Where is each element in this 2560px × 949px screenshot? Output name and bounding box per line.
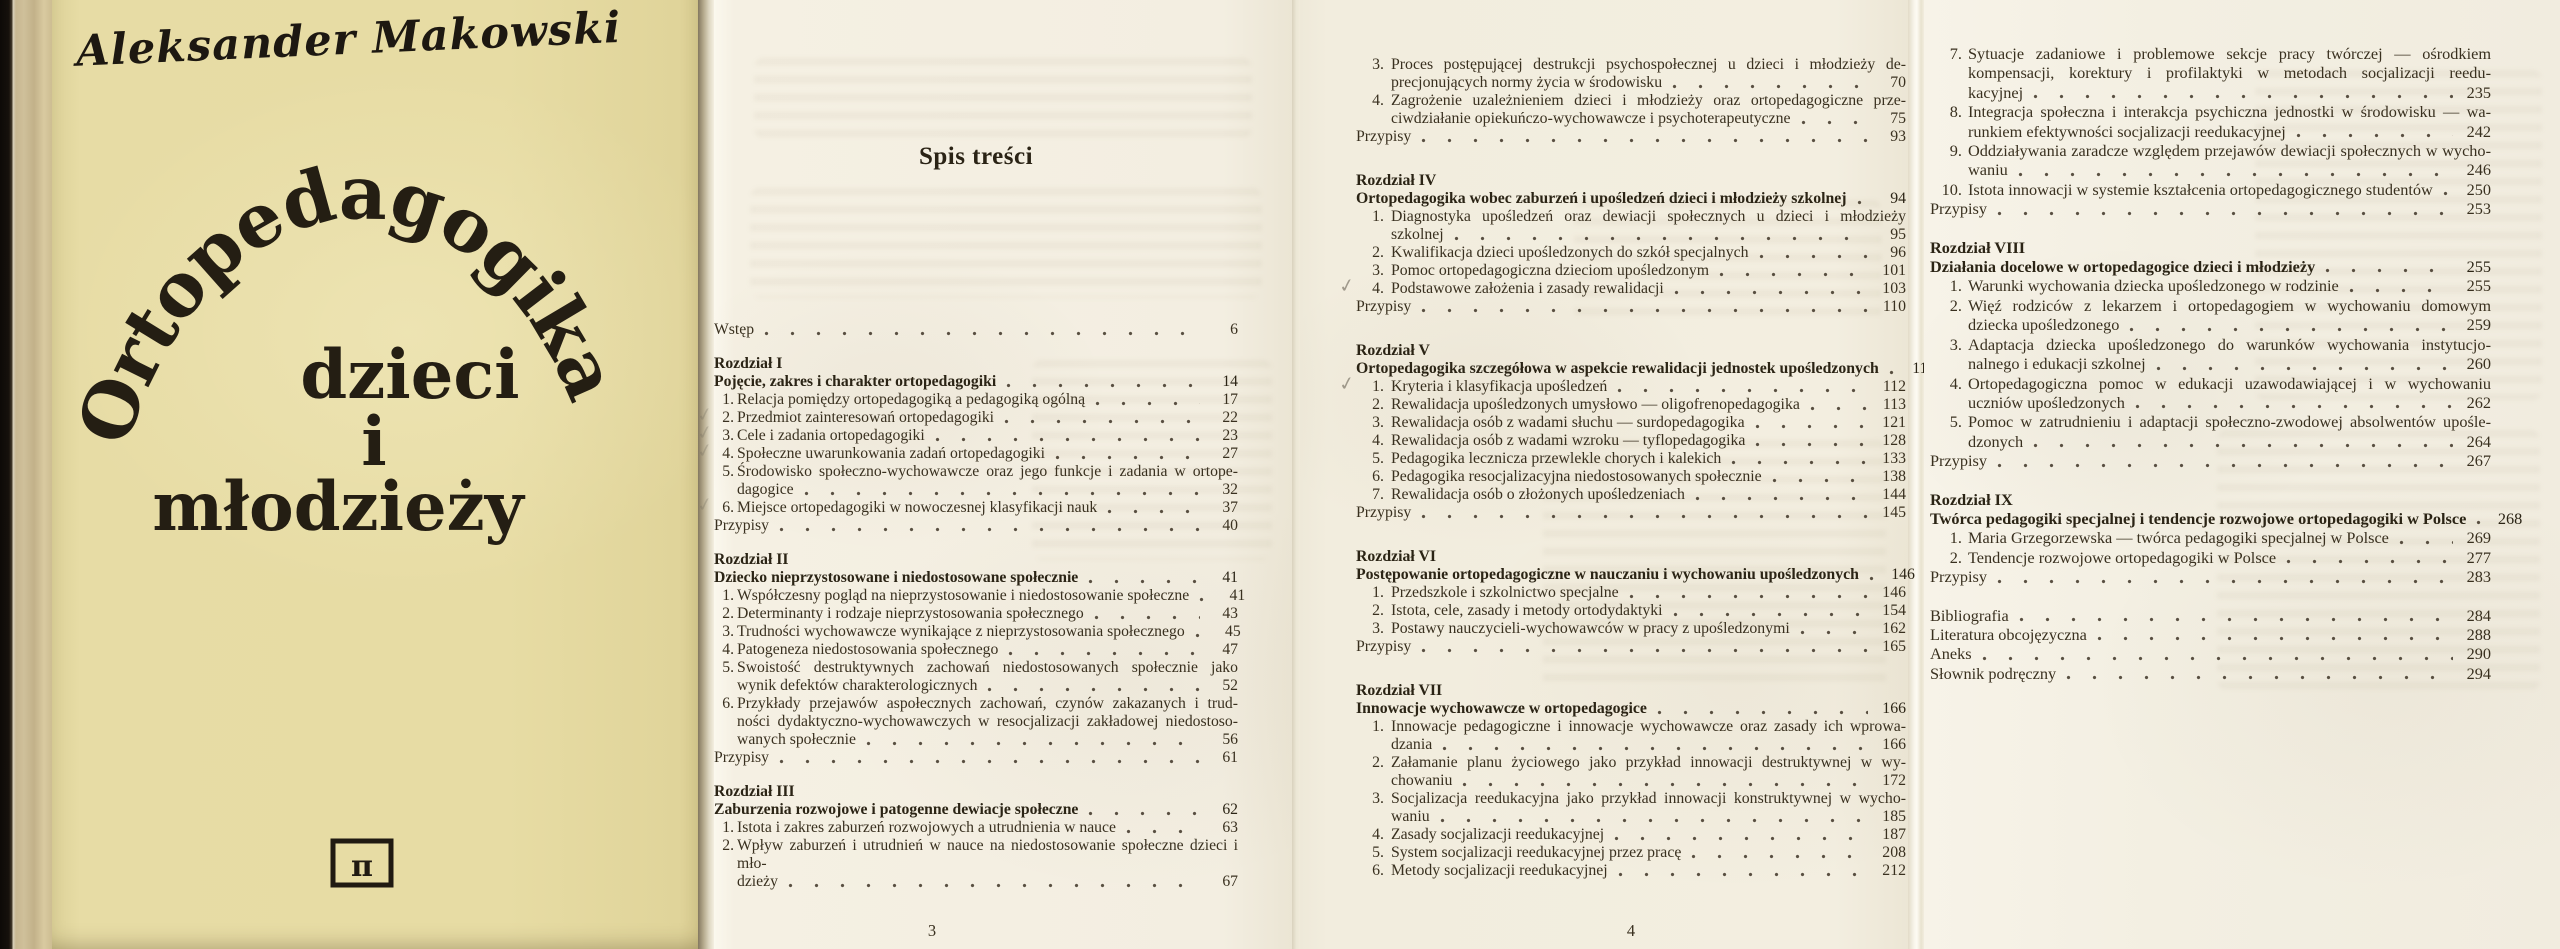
dot-leader [1126, 829, 1200, 834]
toc-line: Słownik podręczny [1930, 664, 2056, 683]
item-number: 6. [716, 695, 734, 713]
toc-line: Przypisy [1930, 199, 1987, 218]
toc-line: Wpływ zaburzeń i utrudnień w nauce na ni… [737, 837, 1238, 873]
chapter-label-text: Rozdział IV [1356, 172, 1906, 190]
toc-entry: 1.Współczesny pogląd na nieprzystosowani… [714, 587, 1238, 605]
toc-entry: Przypisy145 [1356, 504, 1906, 522]
toc-entry: 3.Trudności wychowawcze wynikające z nie… [714, 623, 1238, 641]
toc-entry: 5.Pomoc w zatrudnieniu i adaptacji społe… [1930, 412, 2491, 451]
dot-leader [779, 527, 1200, 532]
dot-leader [1755, 442, 1868, 447]
toc-page-ref: 94 [1876, 190, 1906, 208]
toc-line: Przypisy [1356, 504, 1411, 522]
item-number: 5. [1938, 412, 1962, 431]
toc-line: Maria Grzegorzewska — twórca pedagogiki … [1968, 528, 2389, 547]
item-number: 5. [716, 659, 734, 677]
toc-page-ref: 103 [1876, 280, 1906, 298]
chapter-title: Działania docelowe w ortopedagogice dzie… [1930, 257, 2491, 276]
toc-line: Pomoc ortopedagogiczna dzieciom upośledz… [1391, 262, 1709, 280]
toc-line: Relacja pomiędzy ortopedagogiką a pedago… [737, 391, 1085, 409]
toc-page-ref: 95 [1876, 226, 1906, 244]
chapter-label: Rozdział IV [1356, 172, 1906, 190]
dot-leader [1617, 388, 1868, 393]
dot-leader [2097, 636, 2453, 641]
toc-page-ref: 23 [1208, 427, 1238, 445]
toc-entry: 6.Metody socjalizacji reedukacyjnej212 [1356, 862, 1906, 880]
item-number: 2. [1363, 754, 1384, 772]
toc-entry: 2.Tendencje rozwojowe ortopedagogiki w P… [1930, 548, 2491, 567]
item-number: 2. [1363, 396, 1384, 414]
chapter-title: Ortopedagogika szczegółowa w aspekcie re… [1356, 360, 1906, 378]
toc-line: Adaptacja dziecka upośledzonego do warun… [1968, 335, 2491, 354]
toc-line: Literatura obcojęzyczna [1930, 625, 2087, 644]
item-number: 5. [716, 463, 734, 481]
item-number: 1. [716, 819, 734, 837]
toc-entry: 2.Załamanie planu życiowego jako przykła… [1356, 754, 1906, 790]
pencil-checkmark-icon: ✓ [696, 495, 715, 515]
toc-line: Proces postępującej destrukcji psychospo… [1391, 56, 1906, 74]
toc-line: Diagnostyka upośledzeń oraz dewiacji spo… [1391, 208, 1906, 226]
toc-line: Działania docelowe w ortopedagogice dzie… [1930, 257, 2315, 276]
dot-leader [1094, 615, 1200, 620]
item-number: 5. [1363, 450, 1384, 468]
toc-entry: Przypisy165 [1356, 638, 1906, 656]
item-number: 3. [1363, 414, 1384, 432]
chapter-label: Rozdział III [714, 783, 1238, 801]
dot-leader [2476, 520, 2484, 525]
toc-line: Swoistość destruktywnych zachowań niedos… [737, 659, 1238, 677]
toc-entry: ✓3.Cele i zadania ortopedagogiki23 [714, 427, 1238, 445]
toc-page-ref: 62 [1208, 801, 1238, 819]
item-number: 9. [1938, 141, 1962, 160]
toc-entry: 5.Pedagogika lecznicza przewlekle choryc… [1356, 450, 1906, 468]
toc-line: chowaniu [1391, 772, 1452, 790]
toc-line: ciwdziałanie opiekuńczo-wychowawcze i ps… [1391, 110, 1791, 128]
dot-leader [1006, 383, 1200, 388]
toc-page-ref: 144 [1876, 486, 1906, 504]
toc-page-ref: 277 [2461, 548, 2491, 567]
chapter-label-text: Rozdział III [714, 783, 1238, 801]
toc-line: Innowacje wychowawcze w ortopedagogice [1356, 700, 1647, 718]
cover-title-line-mlodziezy: młodzieży [152, 467, 525, 546]
dot-leader [1055, 455, 1200, 460]
dot-leader [2033, 443, 2453, 448]
book-cover: Aleksander Makowski Ortopedagogika dziec… [52, 0, 698, 949]
toc-page-ref: 267 [2461, 451, 2491, 470]
toc-entry: Literatura obcojęzyczna288 [1930, 625, 2491, 644]
item-number: 2. [716, 409, 734, 427]
dot-leader [1997, 463, 2453, 468]
toc-page-ref: 260 [2461, 354, 2491, 373]
dot-leader [804, 491, 1200, 496]
toc-line: szkolnej [1391, 226, 1444, 244]
item-number: 4. [1363, 826, 1384, 844]
toc-entry: 5.Swoistość destruktywnych zachowań nied… [714, 659, 1238, 695]
toc-page-ref: 165 [1876, 638, 1906, 656]
chapter-title: Zaburzenia rozwojowe i patogenne dewiacj… [714, 801, 1238, 819]
dot-leader [1462, 782, 1868, 787]
toc-line: dagogice [737, 481, 794, 499]
toc-line: Przypisy [714, 749, 769, 767]
item-number: 3. [716, 427, 734, 445]
toc-page-ref: 250 [2461, 180, 2491, 199]
toc-page-ref: 41 [1208, 569, 1238, 587]
publisher-logo: π [333, 841, 391, 885]
item-number: 2. [1938, 548, 1962, 567]
dot-leader [764, 331, 1200, 336]
dot-leader [2443, 191, 2453, 196]
dot-leader [2296, 133, 2453, 138]
item-number: 4. [716, 445, 734, 463]
toc-line: Ortopedagogika wobec zaburzeń i upośledz… [1356, 190, 1847, 208]
toc-page-ref: 112 [1876, 378, 1906, 396]
toc-page-ref: 212 [1876, 862, 1906, 880]
toc-line: waniu [1391, 808, 1430, 826]
toc-entry: 3.Socjalizacja reedukacyjna jako przykła… [1356, 790, 1906, 826]
dot-leader [2135, 404, 2453, 409]
toc-page-ref: 284 [2461, 606, 2491, 625]
toc-page-ref: 246 [2461, 160, 2491, 179]
toc-line: Przypisy [1930, 567, 1987, 586]
toc-page-ref: 166 [1876, 700, 1906, 718]
toc-line: Cele i zadania ortopedagogiki [737, 427, 925, 445]
book-scan: Aleksander Makowski Ortopedagogika dziec… [0, 0, 2560, 949]
toc-line: Rewalidacja osób z wadami słuchu — surdo… [1391, 414, 1745, 432]
toc-entry: Przypisy40 [714, 517, 1238, 535]
dot-leader [1657, 710, 1868, 715]
toc-entry: ✓2.Przedmiot zainteresowań ortopedagogik… [714, 409, 1238, 427]
dot-leader [1195, 633, 1203, 638]
dot-leader [1672, 84, 1868, 89]
toc-page-ref: 259 [2461, 315, 2491, 334]
item-number: 3. [716, 623, 734, 641]
dot-leader [1673, 612, 1868, 617]
toc-page-ref: 145 [1876, 504, 1906, 522]
item-number: 5. [1363, 844, 1384, 862]
toc-entry: Przypisy61 [714, 749, 1238, 767]
item-number: 2. [1363, 244, 1384, 262]
item-number: 4. [1363, 432, 1384, 450]
toc-page-ref: 253 [2461, 199, 2491, 218]
item-number: 1. [716, 391, 734, 409]
toc-page-ref: 128 [1876, 432, 1906, 450]
item-number: 4. [1938, 374, 1962, 393]
toc-entry: 7.Rewalidacja osób o złożonych upośledze… [1356, 486, 1906, 504]
toc-page-ref: 162 [1876, 620, 1906, 638]
toc-line: dzonych [1968, 432, 2023, 451]
toc-line: waniu [1968, 160, 2008, 179]
toc-line: nalnego i edukacji szkolnej [1968, 354, 2146, 373]
toc-page-ref: 14 [1208, 373, 1238, 391]
dot-leader [1731, 460, 1868, 465]
item-number: 2. [1938, 296, 1962, 315]
toc-page-ref: 43 [1208, 605, 1238, 623]
toc-entry: 2.Determinanty i rodzaje nieprzystosowan… [714, 605, 1238, 623]
toc-entry: 3.Pomoc ortopedagogiczna dzieciom upośle… [1356, 262, 1906, 280]
pencil-checkmark-icon: ✓ [1338, 276, 1357, 296]
toc-line: Przypisy [714, 517, 769, 535]
toc-line: Załamanie planu życiowego jako przykład … [1391, 754, 1906, 772]
chapter-title: Twórca pedagogiki specjalnej i tendencje… [1930, 509, 2491, 528]
toc-line: Zasady socjalizacji reedukacyjnej [1391, 826, 1604, 844]
toc-line: Zaburzenia rozwojowe i patogenne dewiacj… [714, 801, 1078, 819]
bleedthrough-text [750, 188, 1262, 298]
toc-line: Pojęcie, zakres i charakter ortopedagogi… [714, 373, 996, 391]
pencil-checkmark-icon: ✓ [696, 441, 715, 461]
toc-line: Przypisy [1930, 451, 1987, 470]
toc-line: Przykłady przejawów aspołecznych zachowa… [737, 695, 1238, 713]
toc-body: 7.Sytuacje zadaniowe i problemowe sekcje… [1930, 44, 2491, 683]
dot-leader [1759, 254, 1869, 259]
dot-leader [1421, 514, 1868, 519]
toc-line: Podstawowe założenia i zasady rewalidacj… [1391, 280, 1664, 298]
toc-entry: Wstęp6 [714, 321, 1238, 339]
toc-line: Istota i zakres zaburzeń rozwojowych a u… [737, 819, 1116, 837]
item-number: 7. [1938, 44, 1962, 63]
toc-entry: Aneks290 [1930, 644, 2491, 663]
toc-entry: 5.Środowisko społeczno-wychowawcze oraz … [714, 463, 1238, 499]
chapter-label: Rozdział I [714, 355, 1238, 373]
dot-leader [2349, 288, 2453, 293]
toc-line: Przypisy [1356, 298, 1411, 316]
dot-leader [1421, 308, 1868, 313]
toc-page-ref: 22 [1208, 409, 1238, 427]
item-number: 3. [1363, 790, 1384, 808]
toc-line: Aneks [1930, 644, 1972, 663]
toc-page-ref: 47 [1208, 641, 1238, 659]
toc-line: dzania [1391, 736, 1432, 754]
toc-line: Rewalidacja osób z wadami wzroku — tyflo… [1391, 432, 1745, 450]
toc-page-ref: 63 [1208, 819, 1238, 837]
dot-leader [2033, 94, 2453, 99]
toc-page-ref: 185 [1876, 808, 1906, 826]
toc-page-ref: 40 [1208, 517, 1238, 535]
toc-line: Rewalidacja upośledzonych umysłowo — oli… [1391, 396, 1800, 414]
dot-leader [1755, 424, 1868, 429]
toc-page-ref: 67 [1208, 873, 1238, 891]
dot-leader [2156, 366, 2453, 371]
toc-entry: 1.Przedszkole i szkolnictwo specjalne146 [1356, 584, 1906, 602]
toc-line: Przedszkole i szkolnictwo specjalne [1391, 584, 1619, 602]
toc-body: Wstęp6Rozdział IPojęcie, zakres i charak… [714, 321, 1238, 891]
toc-entry: 3.Proces postępującej destrukcji psychos… [1356, 56, 1906, 92]
toc-line: Bibliografia [1930, 606, 2009, 625]
toc-line: Pedagogika lecznicza przewlekle chorych … [1391, 450, 1721, 468]
dot-leader [1801, 120, 1868, 125]
toc-line: Współczesny pogląd na nieprzystosowanie … [737, 587, 1189, 605]
toc-entry: 2.Wpływ zaburzeń i utrudnień w nauce na … [714, 837, 1238, 891]
chapter-label: Rozdział IX [1930, 490, 2491, 509]
cover-title-line-dzieci: dzieci [300, 335, 519, 414]
toc-page-ref: 52 [1208, 677, 1238, 695]
item-number: 10. [1938, 180, 1962, 199]
dot-leader [1107, 509, 1200, 514]
dot-leader [1719, 272, 1868, 277]
toc-line: Patogeneza niedostosowania społecznego [737, 641, 998, 659]
toc-entry: Przypisy93 [1356, 128, 1906, 146]
chapter-label: Rozdział II [714, 551, 1238, 569]
dot-leader [1442, 746, 1868, 751]
dot-leader [1857, 200, 1868, 205]
toc-heading: Spis treści [714, 148, 1238, 166]
item-number: 2. [716, 837, 734, 855]
toc-entry: 7.Sytuacje zadaniowe i problemowe sekcje… [1930, 44, 2491, 102]
dot-leader [2066, 675, 2453, 680]
dot-leader [987, 687, 1200, 692]
toc-line: Integracja społeczna i interakcja psychi… [1968, 102, 2491, 121]
dot-leader [2286, 559, 2453, 564]
toc-entry: 4.Zasady socjalizacji reedukacyjnej187 [1356, 826, 1906, 844]
dot-leader [1889, 370, 1897, 375]
dot-leader [1421, 648, 1868, 653]
toc-line: Tendencje rozwojowe ortopedagogiki w Pol… [1968, 548, 2276, 567]
toc-page-ref: 93 [1876, 128, 1906, 146]
toc-line: precjonujących normy życia w środowisku [1391, 74, 1662, 92]
dot-leader [1997, 579, 2453, 584]
chapter-title: Dziecko nieprzystosowane i niedostosowan… [714, 569, 1238, 587]
toc-line: Istota, cele, zasady i metody ortodydakt… [1391, 602, 1663, 620]
toc-entry: 1.Diagnostyka upośledzeń oraz dewiacji s… [1356, 208, 1906, 244]
toc-entry: 1.Istota i zakres zaburzeń rozwojowych a… [714, 819, 1238, 837]
publisher-logo-glyph: π [351, 849, 373, 884]
dot-leader [1618, 872, 1868, 877]
toc-page-ref: 288 [2461, 625, 2491, 644]
toc-line: dziecka upośledzonego [1968, 315, 2119, 334]
dot-leader [1614, 836, 1868, 841]
item-number: 1. [716, 587, 734, 605]
item-number: 6. [1363, 862, 1384, 880]
dot-leader [2399, 540, 2453, 545]
page-edge [1292, 0, 1300, 949]
toc-line: Dziecko nieprzystosowane i niedostosowan… [714, 569, 1078, 587]
chapter-label: Rozdział V [1356, 342, 1906, 360]
toc-page-ref: 133 [1876, 450, 1906, 468]
toc-line: Oddziaływania zaradcze względem przejawó… [1968, 141, 2491, 160]
bleedthrough-text [754, 58, 1252, 138]
toc-line: Sytuacje zadaniowe i problemowe sekcje p… [1968, 44, 2491, 63]
toc-page-ref: 61 [1208, 749, 1238, 767]
toc-entry: 3.Postawy nauczycieli-wychowawców w prac… [1356, 620, 1906, 638]
toc-line: Ortopedagogika szczegółowa w aspekcie re… [1356, 360, 1879, 378]
toc-line: wanych społecznie [737, 731, 856, 749]
toc-line: ności dydaktyczno-wychowawczych w resocj… [737, 713, 1238, 731]
dot-leader [788, 883, 1200, 888]
toc-line: Istota innowacji w systemie kształcenia … [1968, 180, 2433, 199]
toc-entry: 4.Zagrożenie uzależnieniem dzieci i młod… [1356, 92, 1906, 128]
toc-entry: 2.Rewalidacja upośledzonych umysłowo — o… [1356, 396, 1906, 414]
toc-page-ref: 208 [1876, 844, 1906, 862]
toc-page-ref: 172 [1876, 772, 1906, 790]
toc-page-ref: 187 [1876, 826, 1906, 844]
toc-line: Twórca pedagogiki specjalnej i tendencje… [1930, 509, 2466, 528]
dot-leader [1088, 579, 1200, 584]
toc-line: kompensacji, korektury i profilaktyki w … [1968, 63, 2491, 82]
toc-line: runkiem efektywności socjalizacji reeduk… [1968, 122, 2286, 141]
toc-line: Warunki wychowania dziecka upośledzonego… [1968, 276, 2339, 295]
toc-line: Determinanty i rodzaje nieprzystosowania… [737, 605, 1084, 623]
toc-page-ref: 37 [1208, 499, 1238, 517]
item-number: 3. [1938, 335, 1962, 354]
toc-line: Socjalizacja reedukacyjna jako przykład … [1391, 790, 1906, 808]
page-edge [1908, 0, 1924, 949]
dot-leader [1997, 211, 2453, 216]
toc-entry: ✓1.Kryteria i klasyfikacja upośledzeń112 [1356, 378, 1906, 396]
toc-page-ref: 113 [1876, 396, 1906, 414]
toc-page-ref: 242 [2461, 122, 2491, 141]
page-gutter-shadow [698, 0, 714, 949]
toc-line: dzieży [737, 873, 778, 891]
chapter-label-text: Rozdział IX [1930, 490, 2491, 509]
toc-page-ref: 101 [1876, 262, 1906, 280]
toc-page-ref: 283 [2461, 567, 2491, 586]
toc-entry: 4.Patogeneza niedostosowania społecznego… [714, 641, 1238, 659]
dot-leader [779, 759, 1200, 764]
dot-leader [935, 437, 1200, 442]
chapter-title: Ortopedagogika wobec zaburzeń i upośledz… [1356, 190, 1906, 208]
toc-entry: 1.Innowacje pedagogiczne i innowacje wyc… [1356, 718, 1906, 754]
toc-body: 3.Proces postępującej destrukcji psychos… [1356, 56, 1906, 880]
dot-leader [1095, 401, 1200, 406]
toc-entry: 1.Warunki wychowania dziecka upośledzone… [1930, 276, 2491, 295]
folio-page-number: 3 [670, 922, 1194, 940]
toc-page-ref: 294 [2461, 664, 2491, 683]
toc-page-ref: 17 [1208, 391, 1238, 409]
toc-line: Pomoc w zatrudnieniu i adaptacji społecz… [1968, 412, 2491, 431]
dot-leader [2325, 268, 2453, 273]
toc-entry: 6.Pedagogika resocjalizacyjna niedostoso… [1356, 468, 1906, 486]
toc-line: Miejsce ortopedagogiki w nowoczesnej kla… [737, 499, 1097, 517]
cover-title-art: Ortopedagogika dzieci i młodzieży π [52, 0, 698, 949]
toc-line: Trudności wychowawcze wynikające z niepr… [737, 623, 1185, 641]
toc-entry: Przypisy283 [1930, 567, 2491, 586]
dot-leader [1695, 496, 1868, 501]
dot-leader [1008, 651, 1200, 656]
dot-leader [2018, 172, 2453, 177]
dot-leader [2019, 617, 2453, 622]
book-spine [0, 0, 52, 949]
toc-entry: 4.Ortopedagogiczna pomoc w edukacji uzaw… [1930, 374, 2491, 413]
chapter-label-text: Rozdział VII [1356, 682, 1906, 700]
toc-page-ref: 121 [1876, 414, 1906, 432]
chapter-label-text: Rozdział VIII [1930, 238, 2491, 257]
item-number: 1. [1938, 276, 1962, 295]
toc-entry: ✓4.Społeczne uwarunkowania zadań ortoped… [714, 445, 1238, 463]
toc-line: Wstęp [714, 321, 754, 339]
chapter-label-text: Rozdział V [1356, 342, 1906, 360]
toc-line: Społeczne uwarunkowania zadań ortopedago… [737, 445, 1045, 463]
item-number: 3. [1363, 56, 1384, 74]
toc-page-ref: 6 [1208, 321, 1238, 339]
dot-leader [1199, 597, 1207, 602]
toc-line: kacyjnej [1968, 83, 2023, 102]
toc-line: Kwalifikacja dzieci upośledzonych do szk… [1391, 244, 1749, 262]
toc-entry: 1.Maria Grzegorzewska — twórca pedagogik… [1930, 528, 2491, 547]
toc-entry: 9.Oddziaływania zaradcze względem przeja… [1930, 141, 2491, 180]
toc-page-ref: 268 [2492, 509, 2522, 528]
toc-page-ref: 138 [1876, 468, 1906, 486]
item-number: 6. [716, 499, 734, 517]
item-number: 3. [1363, 262, 1384, 280]
item-number: 2. [716, 605, 734, 623]
dot-leader [866, 741, 1200, 746]
chapter-label-text: Rozdział I [714, 355, 1238, 373]
dot-leader [1440, 818, 1868, 823]
item-number: 2. [1363, 602, 1384, 620]
toc-line: Pedagogika resocjalizacyjna niedostosowa… [1391, 468, 1762, 486]
toc-page-ref: 235 [2461, 83, 2491, 102]
toc-entry: 2.Kwalifikacja dzieci upośledzonych do s… [1356, 244, 1906, 262]
dot-leader [1454, 236, 1868, 241]
